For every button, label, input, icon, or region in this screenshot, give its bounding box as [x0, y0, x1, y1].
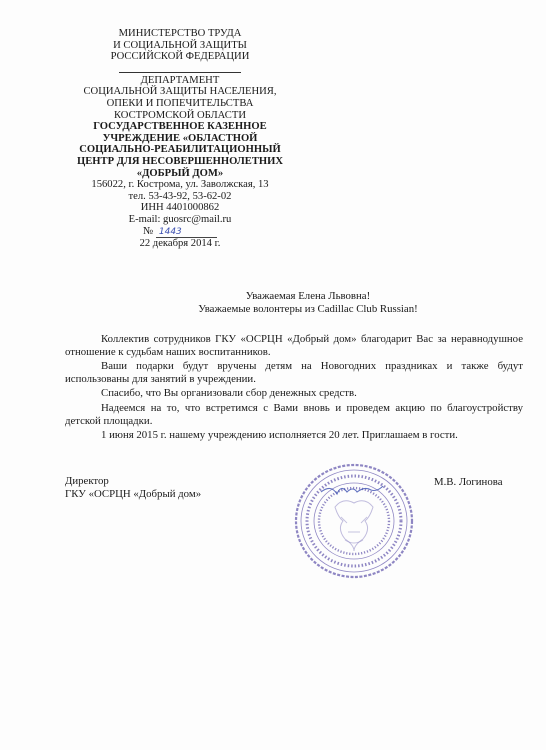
letterhead: МИНИСТЕРСТВО ТРУДА И СОЦИАЛЬНОЙ ЗАЩИТЫ Р…: [62, 28, 298, 249]
institution-line: СОЦИАЛЬНО-РЕАБИЛИТАЦИОННЫЙ: [62, 144, 298, 156]
signatory-title: Директор: [65, 475, 201, 488]
paragraph: Ваши подарки будут вручены детям на Ново…: [65, 360, 523, 385]
department-line: ДЕПАРТАМЕНТ: [62, 75, 298, 87]
institution-line: УЧРЕЖДЕНИЕ «ОБЛАСТНОЙ: [62, 133, 298, 145]
letter-body: Коллектив сотрудников ГКУ «ОСРЦН «Добрый…: [65, 333, 523, 444]
signatory-name: М.В. Логинова: [434, 476, 502, 488]
greeting-line: Уважаемая Елена Львовна!: [180, 290, 436, 303]
institution-line: ГОСУДАРСТВЕННОЕ КАЗЕННОЕ: [62, 121, 298, 133]
official-seal-icon: [293, 462, 415, 580]
department-line: ОПЕКИ И ПОПЕЧИТЕЛЬСТВА: [62, 98, 298, 110]
signatory-organization: ГКУ «ОСРЦН «Добрый дом»: [65, 488, 201, 501]
paragraph: Коллектив сотрудников ГКУ «ОСРЦН «Добрый…: [65, 333, 523, 358]
divider: [119, 72, 241, 73]
institution-line: «ДОБРЫЙ ДОМ»: [62, 168, 298, 180]
document-number: № 1443: [62, 226, 298, 238]
address: 156022, г. Кострома, ул. Заволжская, 13: [62, 179, 298, 191]
paragraph: 1 июня 2015 г. нашему учреждению исполня…: [65, 429, 523, 442]
number-value: 1443: [156, 227, 217, 238]
ministry-line: РОССИЙСКОЙ ФЕДЕРАЦИИ: [62, 51, 298, 63]
institution-line: ЦЕНТР ДЛЯ НЕСОВЕРШЕННОЛЕТНИХ: [62, 156, 298, 168]
inn: ИНН 4401000862: [62, 202, 298, 214]
department-line: СОЦИАЛЬНОЙ ЗАЩИТЫ НАСЕЛЕНИЯ,: [62, 86, 298, 98]
greeting-line: Уважаемые волонтеры из Cadillac Club Rus…: [180, 303, 436, 316]
paragraph: Спасибо, что Вы организовали сбор денежн…: [65, 387, 523, 400]
number-label: №: [143, 226, 153, 237]
ministry-line: И СОЦИАЛЬНОЙ ЗАЩИТЫ: [62, 40, 298, 52]
email: E-mail: guosrc@mail.ru: [62, 214, 298, 226]
greeting: Уважаемая Елена Львовна! Уважаемые волон…: [180, 290, 436, 315]
document-date: 22 декабря 2014 г.: [62, 238, 298, 250]
phone: тел. 53-43-92, 53-62-02: [62, 191, 298, 203]
signatory-block: Директор ГКУ «ОСРЦН «Добрый дом»: [65, 475, 201, 500]
department-line: КОСТРОМСКОЙ ОБЛАСТИ: [62, 110, 298, 122]
paragraph: Надеемся на то, что встретимся с Вами вн…: [65, 402, 523, 427]
ministry-line: МИНИСТЕРСТВО ТРУДА: [62, 28, 298, 40]
